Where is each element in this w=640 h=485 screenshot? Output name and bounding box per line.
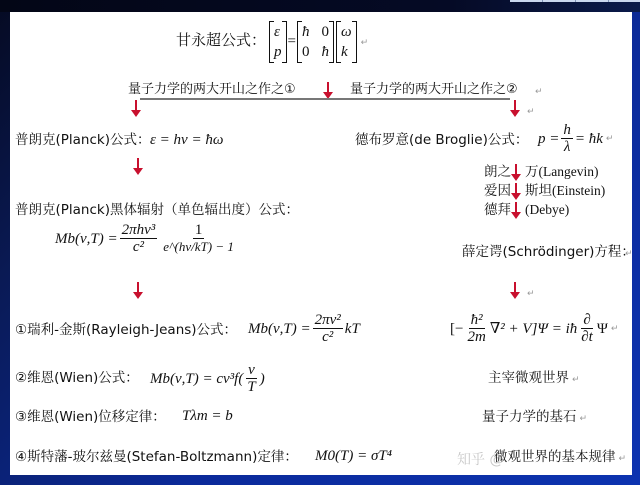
chain-debye: 德拜(Debye) — [484, 202, 569, 218]
tagline-text: 主宰微观世界 — [488, 370, 569, 386]
pillar-left-label: 量子力学的两大开山之作之① — [128, 82, 296, 98]
top-strip-cells — [510, 0, 640, 2]
rayleigh-jeans-label: ①瑞利-金斯(Rayleigh-Jeans)公式： — [15, 322, 237, 338]
chain-after: 万(Langevin) — [525, 164, 598, 179]
debroglie-lhs: p = — [538, 131, 559, 147]
chain-langevin: 朗之万(Langevin) — [484, 164, 598, 180]
frac-den: e^(hν/kT) − 1 — [161, 239, 236, 255]
wien-displacement-label: ③维恩(Wien)位移定律： — [15, 409, 166, 425]
down-arrow-icon — [131, 100, 141, 118]
bracket-line — [140, 98, 510, 100]
return-mark: ↵ — [572, 375, 580, 385]
stefan-boltzmann-label: ④斯特藩-玻尔兹曼(Stefan-Boltzmann)定律： — [15, 449, 298, 465]
wien-lhs: Mb(ν,T) = cν³f( — [150, 371, 243, 387]
blackbody-lhs: Mb(ν,T) = — [55, 231, 118, 247]
blackbody-label: 普朗克(Planck)黑体辐射（单色辐出度）公式： — [15, 202, 299, 218]
debroglie-tail: = ħk — [575, 131, 603, 147]
pillar-right-label: 量子力学的两大开山之作之② — [350, 82, 518, 98]
frac-num: ν — [246, 362, 257, 379]
schrodinger-label: 薛定谔(Schrödinger)方程： — [462, 244, 635, 260]
down-arrow-icon — [511, 183, 521, 201]
rhs-vector: ω k — [336, 21, 357, 63]
planck-label: 普朗克(Planck)公式： — [15, 132, 151, 148]
return-mark: ↵ — [361, 38, 369, 48]
h-over-lambda: h λ — [561, 122, 573, 155]
vec-p: p — [274, 42, 282, 62]
down-arrow-icon — [510, 282, 520, 300]
frac-1-exp: 1 e^(hν/kT) − 1 — [161, 222, 236, 255]
return-mark: ↵ — [527, 286, 535, 302]
m10: 0 — [302, 42, 310, 62]
planck-formula: ε = hν = ħω — [150, 132, 223, 148]
sch-mid: ∇² + V]Ψ = iħ — [490, 321, 577, 337]
debroglie-label: 德布罗意(de Broglie)公式： — [355, 132, 528, 148]
wien-formula: Mb(ν,T) = cν³f( ν T ) — [150, 362, 265, 395]
frac-num: ∂ — [581, 312, 592, 329]
frac-num: 2πhν³ — [120, 222, 158, 239]
rj-lhs: Mb(ν,T) = — [248, 321, 311, 337]
tagline-basic-law: 微观世界的基本规律↵ — [494, 449, 626, 467]
return-mark: ↵ — [625, 246, 633, 262]
return-mark: ↵ — [527, 104, 535, 120]
return-mark: ↵ — [619, 454, 627, 464]
tagline-text: 量子力学的基石 — [482, 409, 577, 425]
blackbody-formula: Mb(ν,T) = 2πhν³ c² 1 e^(hν/kT) − 1 — [55, 222, 238, 255]
frac-den: 2m — [465, 329, 487, 345]
return-mark: ↵ — [535, 84, 543, 100]
down-arrow-icon — [511, 202, 521, 220]
schrodinger-formula: [− ħ² 2m ∇² + V]Ψ = iħ ∂ ∂t Ψ ↵ — [450, 312, 618, 345]
vec-k: k — [341, 42, 348, 62]
stefan-boltzmann-formula: M0(T) = σT⁴ — [315, 448, 392, 464]
wien-label: ②维恩(Wien)公式： — [15, 370, 139, 386]
return-mark: ↵ — [606, 131, 614, 147]
frac-2piv2-c2: 2πν² c² — [313, 312, 343, 345]
chain-before: 爱因 — [484, 183, 511, 199]
frac-den: c² — [131, 239, 146, 255]
rayleigh-jeans-formula: Mb(ν,T) = 2πν² c² kT — [248, 312, 360, 345]
tagline-text: 微观世界的基本规律 — [494, 449, 616, 465]
return-mark: ↵ — [611, 321, 619, 337]
hbar-matrix: ħ0 0ħ — [297, 21, 334, 63]
wien-displacement-formula: Tλm = b — [182, 408, 233, 424]
chain-einstein: 爱因斯坦(Einstein) — [484, 183, 605, 199]
down-arrow-icon — [511, 164, 521, 182]
chain-after: 斯坦(Einstein) — [525, 183, 605, 198]
m01: 0 — [321, 22, 329, 42]
debroglie-formula: p = h λ = ħk ↵ — [538, 122, 613, 155]
equals-sign: = — [288, 33, 296, 49]
frac-num: ħ² — [469, 312, 485, 329]
frac-den: T — [245, 379, 257, 395]
sch-tail: Ψ — [597, 321, 608, 337]
frac-v-T: ν T — [245, 362, 257, 395]
document-page: 甘永超公式： ε p = ħ0 0ħ ω k ↵ 量子力学的两大开山之作之① 量… — [10, 12, 632, 475]
down-arrow-icon — [133, 158, 143, 176]
tagline-micro-world: 主宰微观世界↵ — [488, 370, 580, 388]
vec-omega: ω — [341, 22, 352, 42]
frac-num: 2πν² — [313, 312, 343, 329]
rj-tail: kT — [345, 321, 360, 337]
m11: ħ — [321, 42, 329, 62]
tagline-cornerstone: 量子力学的基石↵ — [482, 409, 587, 427]
frac-hbar2-2m: ħ² 2m — [465, 312, 487, 345]
frac-num: 1 — [193, 222, 205, 239]
down-arrow-icon — [510, 100, 520, 118]
vec-e: ε — [274, 22, 280, 42]
wien-tail: ) — [260, 371, 265, 387]
frac-den: ∂t — [579, 329, 595, 345]
frac-partial-t: ∂ ∂t — [579, 312, 595, 345]
frac-2pihv3-c2: 2πhν³ c² — [120, 222, 158, 255]
down-arrow-icon — [133, 282, 143, 300]
frac-den: c² — [320, 329, 335, 345]
gan-formula: ε p = ħ0 0ħ ω k ↵ — [268, 21, 368, 63]
frac-num: h — [561, 122, 573, 139]
gan-formula-label: 甘永超公式： — [176, 32, 266, 48]
sch-open: [− — [450, 321, 463, 337]
lhs-vector: ε p — [269, 21, 287, 63]
return-mark: ↵ — [580, 414, 588, 424]
window-top-strip — [0, 0, 640, 12]
frac-den: λ — [562, 139, 573, 155]
chain-before: 朗之 — [484, 164, 511, 180]
chain-before: 德拜 — [484, 202, 511, 218]
m00: ħ — [302, 22, 310, 42]
chain-after: (Debye) — [525, 202, 569, 217]
